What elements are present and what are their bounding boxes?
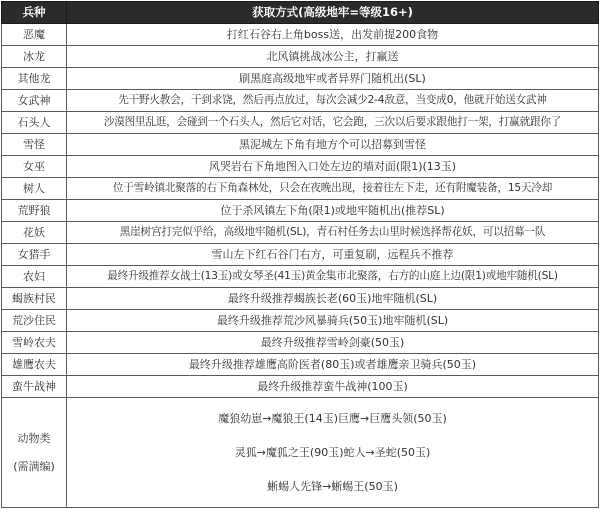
table-row: 荒沙住民最终升级推荐荒沙风暴骑兵(50玉)地牢随机(SL) [2, 310, 599, 332]
method-cell: 沙漠图里乱逛，会碰到一个石头人，然后它对话，它会跑，三次以后要求跟他打一架，打赢… [67, 112, 599, 134]
method-cell: 雪山左下红石谷门右方，可重复刷，远程兵不推荐 [67, 244, 599, 266]
animal-upgrade-line: 灵狐→魔狐之王(90玉)蛇人→圣蛇(50玉) [69, 436, 596, 470]
method-cell: 最终升级推荐荒沙风暴骑兵(50玉)地牢随机(SL) [67, 310, 599, 332]
table-row: 农妇最终升级推荐女战士(13玉)或女琴圣(41玉)黄金集市北聚落，右方的山庭上边… [2, 266, 599, 288]
table-row: 石头人沙漠图里乱逛，会碰到一个石头人，然后它对话，它会跑，三次以后要求跟他打一架… [2, 112, 599, 134]
method-cell: 风哭岩右下角地图入口处左边的墙对面(限1)(13玉) [67, 156, 599, 178]
method-cell: 北风镇挑战冰公主，打赢送 [67, 46, 599, 68]
table-row: 雄鹰农夫最终升级推荐雄鹰高阶医者(80玉)或者雄鹰亲卫骑兵(50玉) [2, 354, 599, 376]
table-row: 蝎族村民最终升级推荐蝎族长老(60玉)地牢随机(SL) [2, 288, 599, 310]
header-method: 获取方式(高级地牢=等级16+) [67, 2, 599, 24]
unit-cell: 其他龙 [2, 68, 67, 90]
unit-cell: 雪岭农夫 [2, 332, 67, 354]
unit-cell: 蛮牛战神 [2, 376, 67, 398]
method-cell: 先干野火教会，干到求饶，然后再点放过，每次会减少2-4敌意，当变成0，他就开始送… [67, 90, 599, 112]
unit-cell: 女猎手 [2, 244, 67, 266]
method-cell-animals: 魔狼幼崽→魔狼王(14玉)巨鹰→巨鹰头领(50玉) 灵狐→魔狐之王(90玉)蛇人… [67, 398, 599, 508]
unit-cell: 雪怪 [2, 134, 67, 156]
table-row: 女武神先干野火教会，干到求饶，然后再点放过，每次会减少2-4敌意，当变成0，他就… [2, 90, 599, 112]
header-unit: 兵种 [2, 2, 67, 24]
method-cell: 位于雪岭镇北聚落的右下角森林处，只会在夜晚出现，接着往左下走，还有附魔装备，15… [67, 178, 599, 200]
animal-upgrade-line: 蜥蜴人先锋→蜥蜴王(50玉) [69, 470, 596, 504]
table-row: 冰龙北风镇挑战冰公主，打赢送 [2, 46, 599, 68]
animal-unit-label: 动物类 [4, 425, 64, 453]
method-cell: 最终升级推荐雄鹰高阶医者(80玉)或者雄鹰亲卫骑兵(50玉) [67, 354, 599, 376]
method-cell: 最终升级推荐蝎族长老(60玉)地牢随机(SL) [67, 288, 599, 310]
table-row: 雪岭农夫最终升级推荐雪岭剑豪(50玉) [2, 332, 599, 354]
table-row: 蛮牛战神最终升级推荐蛮牛战神(100玉) [2, 376, 599, 398]
unit-cell: 花妖 [2, 222, 67, 244]
method-cell: 最终升级推荐蛮牛战神(100玉) [67, 376, 599, 398]
method-cell: 黑泥城左下角有地方个可以招募到雪怪 [67, 134, 599, 156]
table-header-row: 兵种 获取方式(高级地牢=等级16+) [2, 2, 599, 24]
table-row: 恶魔打红石谷右上角boss送，出发前提200食物 [2, 24, 599, 46]
unit-cell: 荒沙住民 [2, 310, 67, 332]
method-cell: 最终升级推荐雪岭剑豪(50玉) [67, 332, 599, 354]
unit-cell: 女巫 [2, 156, 67, 178]
table-row: 树人位于雪岭镇北聚落的右下角森林处，只会在夜晚出现，接着往左下走，还有附魔装备，… [2, 178, 599, 200]
table-row: 女巫风哭岩右下角地图入口处左边的墙对面(限1)(13玉) [2, 156, 599, 178]
unit-cell: 树人 [2, 178, 67, 200]
method-cell: 位于杀风镇左下角(限1)或地牢随机出(推荐SL) [67, 200, 599, 222]
method-cell: 最终升级推荐女战士(13玉)或女琴圣(41玉)黄金集市北聚落，右方的山庭上边(限… [67, 266, 599, 288]
table-row: 花妖黑崖树宫打完似乎给，高级地牢随机(SL)，青石村任务去山里时候选择帮花妖，可… [2, 222, 599, 244]
animal-unit-note: (需满编) [4, 453, 64, 481]
unit-cell-animals: 动物类 (需满编) [2, 398, 67, 508]
unit-cell: 女武神 [2, 90, 67, 112]
table-row: 雪怪黑泥城左下角有地方个可以招募到雪怪 [2, 134, 599, 156]
animal-upgrade-line: 魔狼幼崽→魔狼王(14玉)巨鹰→巨鹰头领(50玉) [69, 402, 596, 436]
unit-cell: 冰龙 [2, 46, 67, 68]
unit-cell: 荒野狼 [2, 200, 67, 222]
unit-cell: 雄鹰农夫 [2, 354, 67, 376]
unit-cell: 农妇 [2, 266, 67, 288]
unit-cell: 蝎族村民 [2, 288, 67, 310]
method-cell: 刷黑庭高级地牢或者异界门随机出(SL) [67, 68, 599, 90]
table-row: 女猎手雪山左下红石谷门右方，可重复刷，远程兵不推荐 [2, 244, 599, 266]
unit-cell: 石头人 [2, 112, 67, 134]
table-row-animals: 动物类 (需满编) 魔狼幼崽→魔狼王(14玉)巨鹰→巨鹰头领(50玉) 灵狐→魔… [2, 398, 599, 508]
method-cell: 黑崖树宫打完似乎给，高级地牢随机(SL)，青石村任务去山里时候选择帮花妖，可以招… [67, 222, 599, 244]
table-row: 荒野狼位于杀风镇左下角(限1)或地牢随机出(推荐SL) [2, 200, 599, 222]
table-row: 其他龙刷黑庭高级地牢或者异界门随机出(SL) [2, 68, 599, 90]
method-cell: 打红石谷右上角boss送，出发前提200食物 [67, 24, 599, 46]
unit-cell: 恶魔 [2, 24, 67, 46]
unit-acquisition-table: 兵种 获取方式(高级地牢=等级16+) 恶魔打红石谷右上角boss送，出发前提2… [1, 1, 599, 508]
